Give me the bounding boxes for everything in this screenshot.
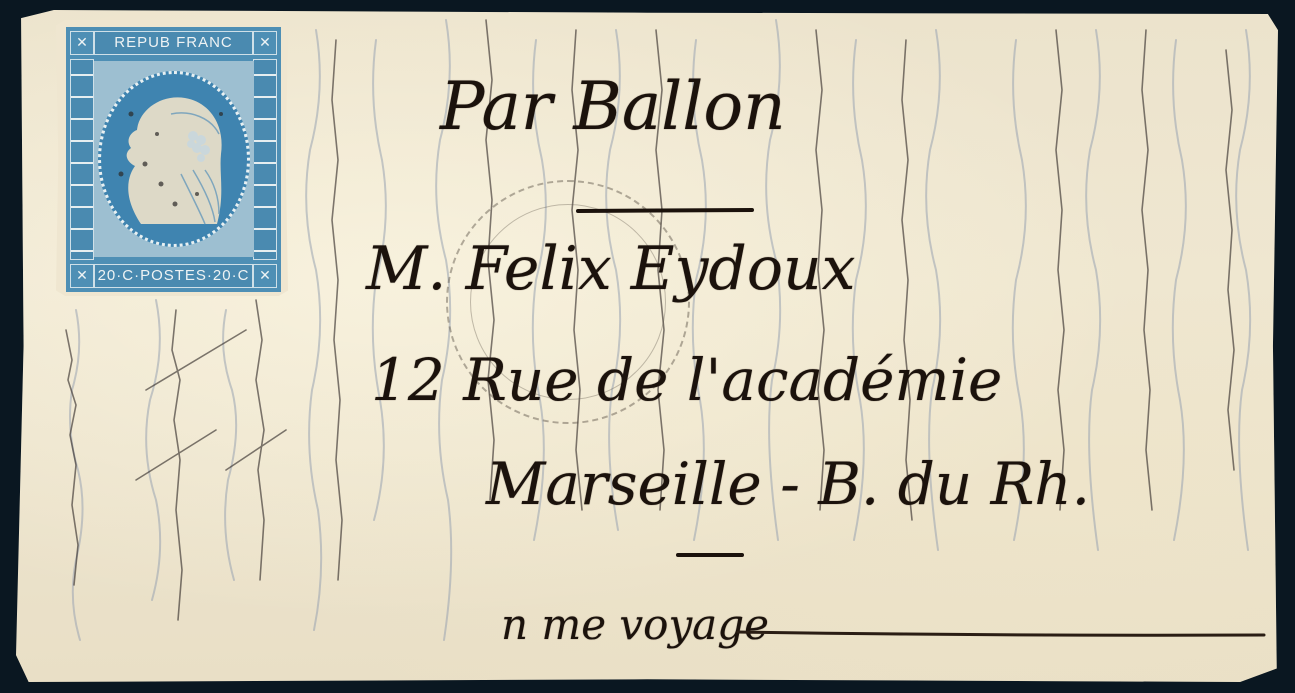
address-line-par-ballon: Par Ballon bbox=[440, 68, 786, 145]
address-line-city: Marseille - B. du Rh. bbox=[486, 450, 1090, 518]
underline-divider bbox=[576, 206, 756, 216]
address-line-recipient: M. Felix Eydoux bbox=[366, 234, 855, 304]
handwritten-address: Par Ballon M. Felix Eydoux 12 Rue de l'a… bbox=[16, 10, 1278, 682]
routing-underline bbox=[736, 628, 1266, 640]
address-line-routing-note: n me voyage bbox=[501, 600, 769, 649]
short-dash-divider bbox=[676, 550, 746, 560]
address-line-street: 12 Rue de l'académie bbox=[371, 346, 1002, 414]
letter-sheet: ✕ ✕ ✕ ✕ REPUB FRANC bbox=[16, 10, 1278, 682]
